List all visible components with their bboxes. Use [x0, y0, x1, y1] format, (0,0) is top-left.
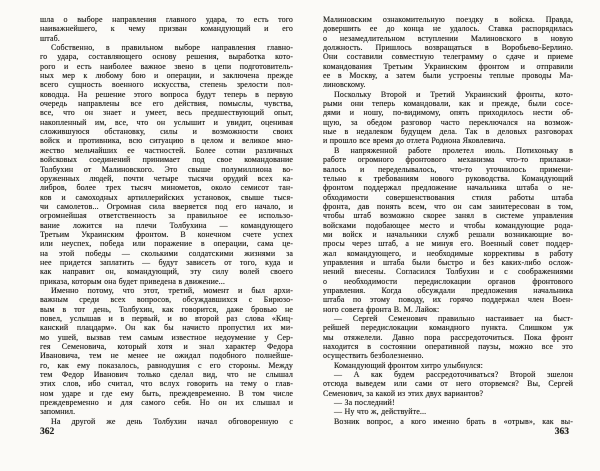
text-line: шла о выборе направления главного удара,… [40, 15, 293, 24]
text-line: отсюда выведем или сами от него оторвемс… [323, 379, 573, 388]
text-line: — За последний! [323, 398, 573, 407]
text-line: ные в недалеком будущем дела. Так в дело… [323, 127, 573, 136]
text-line: Собственно, в правильном выборе направле… [40, 43, 293, 52]
text-line: рого и есть наиболее важное звено в цепи… [40, 62, 293, 71]
text-line: очередь направлены все его действия, пом… [40, 99, 293, 108]
text-line: ководца. На решение этого вопроса будут … [40, 90, 293, 99]
text-line: ми войск и начальники служб решали возни… [323, 230, 573, 239]
text-line: Возник вопрос, а кого именно брать в «от… [323, 417, 573, 426]
text-line: Ивановича, тем не менее не ожидал подобн… [40, 351, 293, 360]
text-line: запомнил. [40, 407, 293, 416]
text-line: и прошло все время до отлета Родиона Яко… [323, 136, 573, 145]
text-line: должность. Пришлось возвращаться в Вороб… [323, 43, 573, 52]
text-line: Они составили совместную телеграмму о сд… [323, 52, 573, 61]
text-line: на этой победы — сколькими солдатскими ж… [40, 249, 293, 258]
text-line: приказа, которым она будет приведена в д… [40, 277, 293, 286]
text-line: штаба по этому поводу, их горячо поддерж… [323, 295, 573, 304]
text-line: жество мельчайших ее частностей. Более с… [40, 146, 293, 155]
text-line: командования Третьим Украинским фронтом … [323, 62, 573, 71]
text-line: штаб. [40, 34, 293, 43]
text-line: о необходимости передислокации органов ф… [323, 277, 573, 286]
book-spread: шла о выборе направления главного удара,… [0, 0, 600, 471]
text-line: преждевременно и для самого себя. Но он … [40, 398, 293, 407]
text-line: все, что он знает и умеет, весь предшест… [40, 108, 293, 117]
page-number-left: 362 [40, 427, 54, 437]
text-line: накопленный им, все, что он услышит и ув… [40, 118, 293, 127]
text-line: гея Семеновича, который хотя и знал хара… [40, 342, 293, 351]
text-line: ном ударе и где ему быть, преждевременно… [40, 389, 293, 398]
text-line: На другой же день Толбухин начал обговор… [40, 417, 293, 426]
text-line: фронта, дав понять всем, что он сам заин… [323, 202, 573, 211]
text-line: канский плацдарм». Он как бы начисто про… [40, 323, 293, 332]
text-line: — Сергей Семенович правильно настаивает … [323, 314, 573, 323]
text-line: жал командующего, и необходимые корректи… [323, 249, 573, 258]
text-line: мо ушей, вызвав тем самым известное недо… [40, 333, 293, 342]
text-line: чи самолетов... Огромная сила вверяется … [40, 202, 293, 211]
text-line: нений внесены. Согласился Толбухин и с с… [323, 267, 573, 276]
text-line: линовскому. [323, 80, 573, 89]
text-line: ных мер к любому бою и операции, и заклю… [40, 71, 293, 80]
text-line: — Ну что ж, действуйте... [323, 407, 573, 416]
text-line: важным среди всех вопросов, обсуждавшихс… [40, 295, 293, 304]
text-line: как направит он, командующий, эту силу в… [40, 267, 293, 276]
text-line: находится в состоянии оперативной паузы,… [323, 342, 573, 351]
text-line: чтобы штаб возможно скорее занял в систе… [323, 211, 573, 220]
text-line: войсками подобающее место и чтобы команд… [323, 221, 573, 230]
text-line: управления и штаба были быстро и без как… [323, 258, 573, 267]
text-line: довершить ее до конца не удалось. Ставка… [323, 24, 573, 33]
text-line: валось и переделывалось, что-то уточнило… [323, 165, 573, 174]
text-line: рыми они теперь командовали, как и прежд… [323, 99, 573, 108]
text-line: тем Федор Иванович только сделал вид, чт… [40, 370, 293, 379]
text-line: или неуспех, победа или поражение в опер… [40, 239, 293, 248]
text-line: го, как ему показалось, равнодушия с его… [40, 361, 293, 370]
text-line: Семенович, за какой из этих двух вариант… [323, 389, 573, 398]
text-line: обходимости совершенствования стиля рабо… [323, 193, 573, 202]
text-line: всего сущность военного искусства, степе… [40, 80, 293, 89]
text-line: Командующий фронтом хитро улыбнулся: [323, 361, 573, 370]
text-line: просы через штаб, а не минуя его. Военны… [323, 239, 573, 248]
text-line: вание ложится на плечи Толбухина — коман… [40, 221, 293, 230]
text-line: ного совета фронта В. М. Лайок: [323, 305, 573, 314]
text-line: фронтом поддержал предложение начальника… [323, 183, 573, 192]
text-line: ков и самоходных артиллерийских установо… [40, 193, 293, 202]
page-number-right: 363 [323, 427, 569, 437]
text-line: наиважнейшего, к чему призван командующи… [40, 24, 293, 33]
text-line: мы отяжелели. Давно пора рассредоточитьс… [323, 333, 573, 342]
text-line: — А как будем рассредоточиваться? Второй… [323, 370, 573, 379]
text-line: осуществить безболезненно. [323, 351, 573, 360]
page-left-text: шла о выборе направления главного удара,… [40, 15, 293, 426]
text-line: ее в Москву, а затем были устроены теплы… [323, 71, 573, 80]
text-line: Малиновским ознакомительную поездку в во… [323, 15, 573, 24]
text-line: Именно потому, что этот, третий, момент … [40, 286, 293, 295]
page-right-text: Малиновским ознакомительную поездку в во… [323, 15, 573, 426]
text-line: вым в тот день, Толбухин, как говорится,… [40, 305, 293, 314]
text-line: сложившуюся обстановку, силы и возможнос… [40, 127, 293, 136]
text-line: оруженных людей, почти четыре тысячи ору… [40, 174, 293, 183]
text-line: этих слов, ибо считал, что вслух говорит… [40, 379, 293, 388]
text-line: войсковых соединений принимает под свое … [40, 155, 293, 164]
text-line: рейшей передислокации командного пункта.… [323, 323, 573, 332]
text-line: Третьим Украинским фронтом. В конечном с… [40, 230, 293, 239]
text-line: огромнейшая ответственность за правильно… [40, 211, 293, 220]
text-line: повел, услышав и в первый, и во второй р… [40, 314, 293, 323]
text-line: го удара, составляющего основу решения, … [40, 52, 293, 61]
text-line: дями и ношу, по-видимому, опять приходил… [323, 108, 573, 117]
text-line: тельно к требованиям нового руководства.… [323, 174, 573, 183]
text-line: Поскольку Второй и Третий Украинский фро… [323, 90, 573, 99]
text-line: работе огромного фронтового механизма чт… [323, 155, 573, 164]
text-line: управления. Когда обсуждали предложения … [323, 286, 573, 295]
text-line: о незамедлительном вступлении Малиновско… [323, 34, 573, 43]
text-line: нее придется заплатить — будут зависеть … [40, 258, 293, 267]
text-line: Толбухин от Малиновского. Это свыше полу… [40, 165, 293, 174]
text-line: либров, более трех тысяч минометов, окол… [40, 183, 293, 192]
text-line: В напряженной работе пролетел июль. Поти… [323, 146, 573, 155]
text-line: войск и противника, всю ситуацию в целом… [40, 136, 293, 145]
text-line: щую, за обедом разговор часто переключал… [323, 118, 573, 127]
